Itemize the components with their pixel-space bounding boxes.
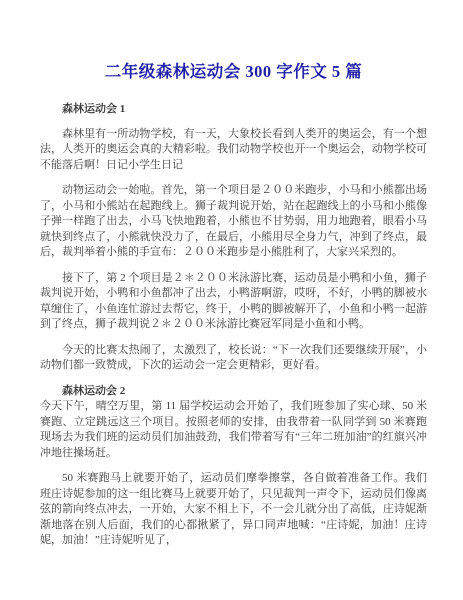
essay-paragraph: 今天的比赛太热闹了，太激烈了，校长说：“下一次我们还要继续开展”，小动物们都一致… [40, 343, 427, 374]
section-1-heading: 森林运动会 1 [40, 102, 427, 118]
section-2-heading: 森林运动会 2 [40, 384, 427, 400]
essay-paragraph: 今天下午，晴空万里，第 11 届学校运动会开始了，我们班参加了实心球、50 米赛… [40, 399, 427, 461]
document-page: 二年级森林运动会 300 字作文 5 篇 森林运动会 1 森林里有一所动物学校，… [0, 0, 463, 600]
essay-section-1: 森林运动会 1 森林里有一所动物学校，有一天，大象校长看到人类开的奥运会，有一个… [40, 102, 427, 374]
essay-paragraph: 接下了，第 2 个项目是２＊２００米泳游比赛，运动员是小鸭和小鱼，狮子裁判说开始… [40, 271, 427, 333]
page-title: 二年级森林运动会 300 字作文 5 篇 [40, 58, 427, 82]
essay-paragraph: 动物运动会一始啦。首先，第一个项目是２００米跑步，小马和小熊都出场了，小马和小熊… [40, 183, 427, 261]
essay-paragraph: 50 米赛跑马上就要开始了，运动员们摩拳擦掌，各自做着准备工作。我们班庄诗妮参加… [40, 471, 427, 549]
essay-paragraph: 森林里有一所动物学校，有一天，大象校长看到人类开的奥运会，有一个想法，人类开的奥… [40, 127, 427, 174]
essay-section-2: 森林运动会 2 今天下午，晴空万里，第 11 届学校运动会开始了，我们班参加了实… [40, 384, 427, 549]
